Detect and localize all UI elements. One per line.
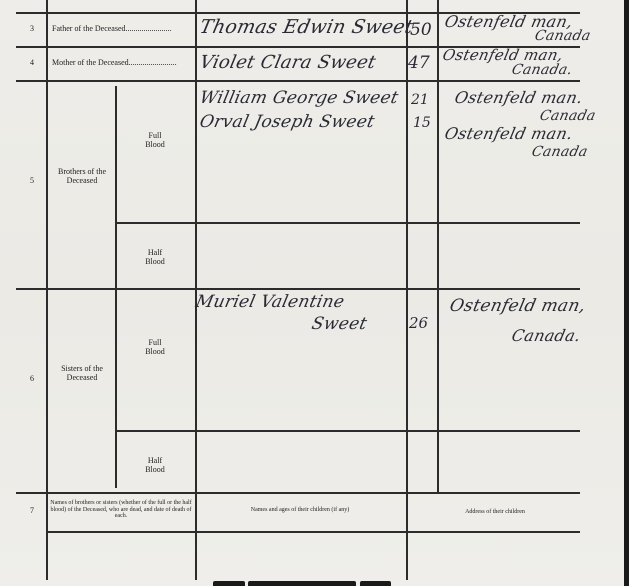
- sister-1-name-line2: Sweet: [310, 314, 369, 334]
- brothers-full-blood-label: Full Blood: [140, 131, 170, 149]
- father-name: Thomas Edwin Sweet: [198, 16, 416, 38]
- brother-1-address-line2: Canada: [538, 108, 597, 124]
- mother-address-line2: Canada.: [510, 62, 574, 78]
- rule-col-name: [195, 0, 197, 580]
- rule-col-blood: [115, 86, 117, 488]
- rule-row6-bottom: [16, 492, 580, 494]
- mother-label: Mother of the Deceased..................…: [52, 58, 192, 67]
- rule-col-number: [46, 0, 48, 580]
- bottom-tab-1: [213, 581, 245, 586]
- document-page: 3 Father of the Deceased................…: [0, 0, 624, 586]
- sister-1-name-line1: Muriel Valentine: [194, 292, 346, 312]
- father-age: 50: [410, 20, 432, 40]
- bottom-tab-2: [248, 581, 356, 586]
- brother-2-address-line2: Canada: [530, 144, 589, 160]
- sister-1-address-line1: Ostenfeld man,: [448, 296, 588, 316]
- rule-sisters-half-split: [115, 430, 580, 432]
- row-number-6: 6: [22, 374, 42, 383]
- rule-col-address: [437, 0, 439, 492]
- brothers-label: Brothers of the Deceased: [56, 167, 108, 185]
- rule-row5-bottom: [16, 288, 580, 290]
- children-address-header: Address of their children: [420, 509, 570, 516]
- brother-1-age: 21: [411, 92, 429, 108]
- sisters-half-blood-label: Half Blood: [140, 456, 170, 474]
- bottom-tab-3: [360, 581, 391, 586]
- row-number-5: 5: [22, 176, 42, 185]
- mother-name: Violet Clara Sweet: [198, 52, 378, 73]
- children-names-header: Names and ages of their children (if any…: [240, 507, 360, 514]
- sister-1-age: 26: [409, 314, 428, 332]
- row-number-4: 4: [22, 58, 42, 67]
- row-number-3: 3: [22, 24, 42, 33]
- page-edge: [624, 0, 629, 586]
- rule-row4-bottom: [16, 80, 580, 82]
- brothers-half-blood-label: Half Blood: [140, 248, 170, 266]
- sisters-label: Sisters of the Deceased: [56, 364, 108, 382]
- row-number-7: 7: [22, 506, 42, 515]
- mother-age: 47: [408, 53, 430, 73]
- brother-1-address-line1: Ostenfeld man.: [453, 88, 585, 107]
- brother-2-age: 15: [413, 115, 431, 131]
- rule-row7-header-bottom: [46, 531, 580, 533]
- father-label: Father of the Deceased..................…: [52, 24, 192, 33]
- rule-col-row7-address: [406, 492, 408, 580]
- deceased-siblings-label: Names of brothers or sisters (whether of…: [50, 500, 192, 520]
- sister-1-address-line2: Canada.: [510, 326, 583, 345]
- rule-brothers-half-split: [115, 222, 580, 224]
- brother-1-name: William George Sweet: [198, 88, 400, 108]
- brother-2-name: Orval Joseph Sweet: [198, 112, 377, 132]
- father-address-line2: Canada: [533, 28, 592, 44]
- sisters-full-blood-label: Full Blood: [140, 338, 170, 356]
- brother-2-address-line1: Ostenfeld man.: [443, 124, 575, 143]
- rule-col-age: [406, 0, 408, 492]
